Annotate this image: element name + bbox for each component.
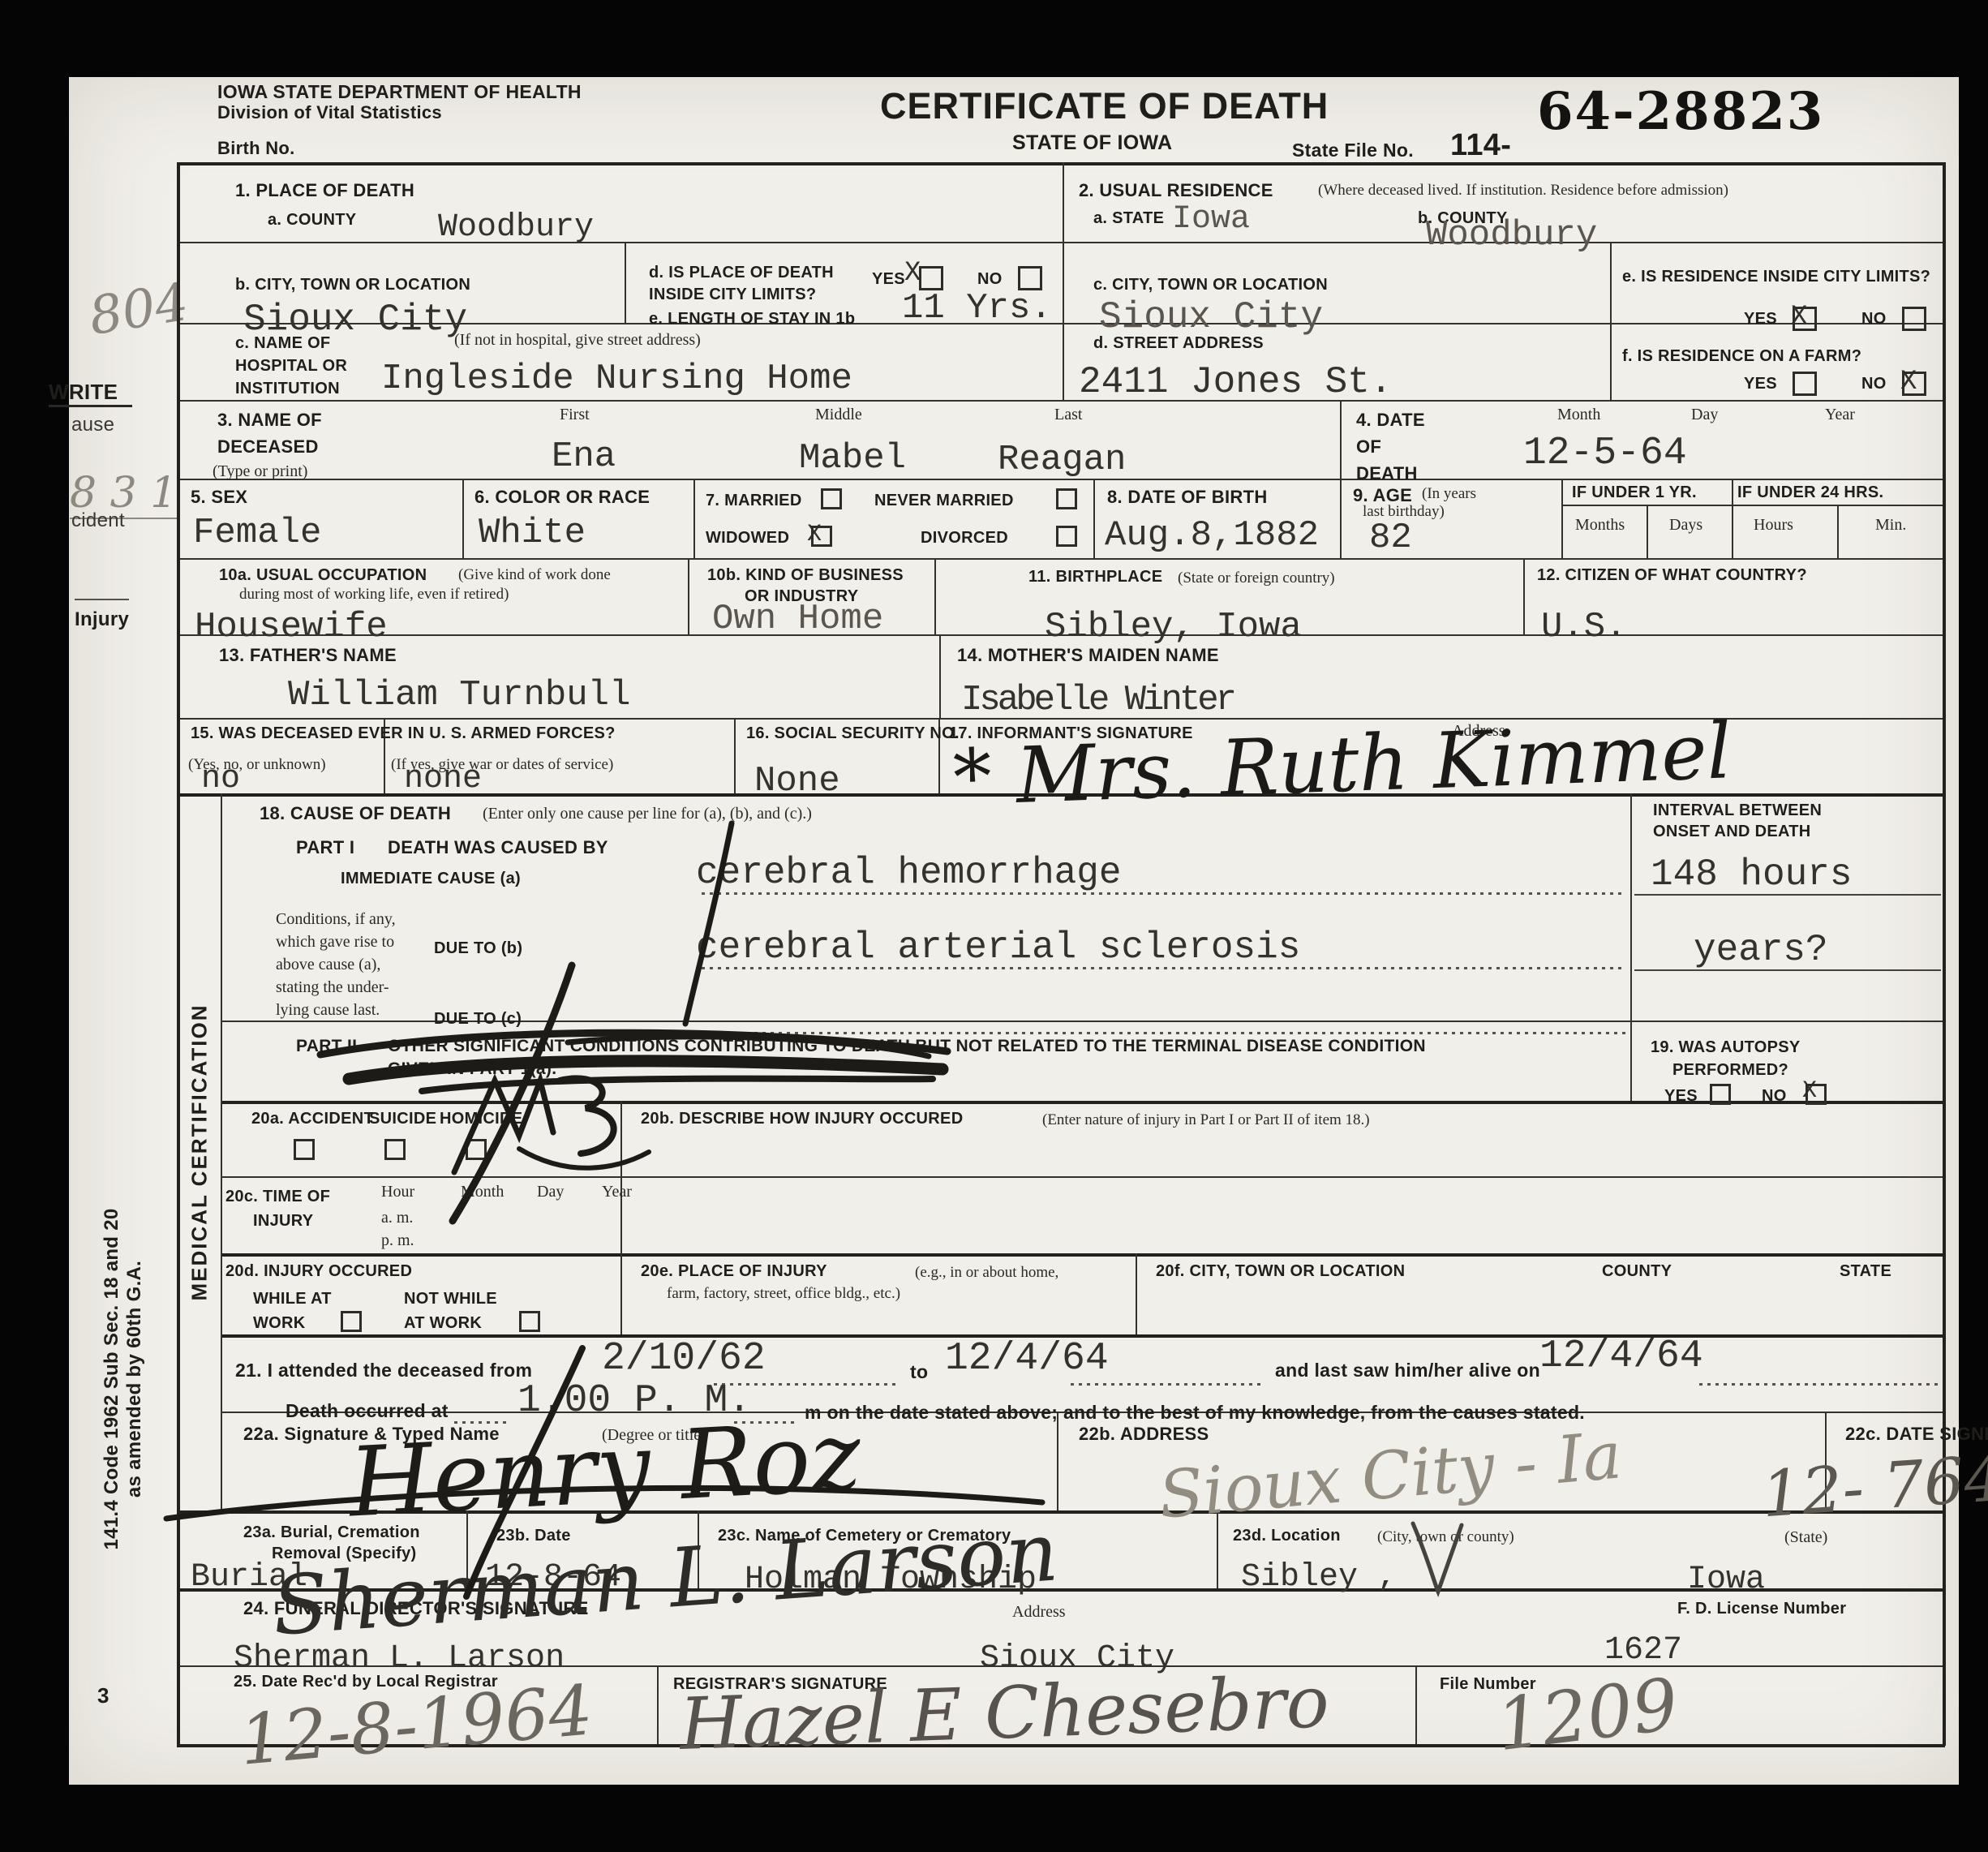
s20e-note-2: farm, factory, street, office bldg., etc…: [667, 1285, 900, 1303]
s2e-no-label: NO: [1861, 310, 1887, 329]
s10a-note-2: during most of working life, even if ret…: [239, 586, 509, 604]
s8-label: 8. DATE OF BIRTH: [1107, 487, 1268, 508]
s20b-label: 20b. DESCRIBE HOW INJURY OCCURED: [641, 1110, 963, 1128]
s18-interval-label-1: INTERVAL BETWEEN: [1653, 801, 1822, 820]
s2e-yes-checkbox: [1793, 307, 1817, 331]
death-certificate-scan: 804 WRITE ause 8 3 1 cident Injury 141.4…: [0, 0, 1988, 1852]
s2c-label: c. CITY, TOWN OR LOCATION: [1093, 276, 1328, 294]
s21-last-label: and last saw him/her alive on: [1275, 1360, 1540, 1381]
s12-value: U.S.: [1541, 607, 1627, 647]
s2f-yes-checkbox: [1793, 372, 1817, 396]
s1-title: 1. PLACE OF DEATH: [235, 180, 414, 201]
s3-title-1: 3. NAME OF: [217, 410, 322, 431]
s13-value: William Turnbull: [288, 675, 630, 715]
s10a-value: Housewife: [195, 607, 388, 647]
s2d-label: d. STREET ADDRESS: [1093, 334, 1264, 353]
s9-days-label: Days: [1669, 516, 1702, 535]
s18-part1-label: PART I: [296, 837, 354, 858]
s16-value: None: [754, 761, 840, 801]
medical-certification-label: MEDICAL CERTIFICATION: [187, 788, 213, 1518]
s18-interval-a-value: 148 hours: [1651, 853, 1852, 896]
s20a-label: 20a. ACCIDENT: [251, 1110, 374, 1128]
s3-last-value: Reagan: [998, 440, 1126, 480]
s20a-homicide-label: HOMICIDE: [440, 1110, 522, 1128]
s20d-while-checkbox: [341, 1311, 362, 1332]
s1c-label-1: c. NAME OF: [235, 334, 330, 353]
s20b-note: (Enter nature of injury in Part I or Par…: [1042, 1111, 1370, 1129]
s24-address-label: Address: [1012, 1603, 1066, 1622]
s1c-note: (If not in hospital, give street address…: [454, 331, 701, 350]
s20e-note-1: (e.g., in or about home,: [915, 1264, 1058, 1282]
s19-label-2: PERFORMED?: [1672, 1061, 1788, 1080]
s3-middle-value: Mabel: [799, 438, 906, 479]
margin-page-number: 3: [97, 1683, 109, 1708]
s16-label: 16. SOCIAL SECURITY NO.: [746, 724, 960, 743]
s20c-label-2: INJURY: [253, 1212, 313, 1231]
s1c-label-2: HOSPITAL OR: [235, 357, 347, 376]
file-number-stamp: 64-28823: [1537, 81, 1824, 142]
s20c-hour-label: Hour: [381, 1183, 414, 1201]
s20c-day-label: Day: [537, 1183, 564, 1201]
s18-cause-b-value: cerebral arterial sclerosis: [696, 926, 1300, 969]
s1b-label: b. CITY, TOWN OR LOCATION: [235, 276, 470, 294]
s18-interval-label-2: ONSET AND DEATH: [1653, 823, 1811, 841]
s18-part2-text-1: OTHER SIGNIFICANT CONDITIONS CONTRIBUTIN…: [388, 1037, 1426, 1056]
s20c-pm-label: p. m.: [381, 1231, 414, 1250]
s11-value: Sibley, Iowa: [1045, 607, 1302, 647]
margin-cause-fragment: ause: [71, 414, 114, 436]
state-file-no-label: State File No.: [1292, 140, 1414, 161]
s21-from-value: 2/10/62: [602, 1337, 766, 1381]
s1d-label-1: d. IS PLACE OF DEATH: [649, 264, 834, 282]
s19-no-checkbox: [1806, 1084, 1827, 1105]
s1d-label-2: INSIDE CITY LIMITS?: [649, 286, 816, 304]
s10a-label: 10a. USUAL OCCUPATION: [219, 566, 427, 585]
s20d-not-1: NOT WHILE: [404, 1290, 497, 1308]
s4-title-3: DEATH: [1356, 463, 1418, 484]
s2a-label: a. STATE: [1093, 209, 1164, 228]
s18-part2-label: PART II: [296, 1037, 357, 1056]
s15-value-1: no: [201, 761, 240, 797]
s9-value: 82: [1369, 518, 1412, 558]
s20c-label-1: 20c. TIME OF: [225, 1188, 330, 1206]
s18-due-b-label: DUE TO (b): [434, 939, 522, 958]
s6-value: White: [479, 513, 586, 553]
s18-cond-5: lying cause last.: [276, 1001, 380, 1020]
s1a-value: Woodbury: [438, 209, 594, 246]
dept-division: Division of Vital Statistics: [217, 102, 442, 123]
s20a-accident-checkbox: [294, 1139, 315, 1160]
s2c-value: Sioux City: [1099, 296, 1323, 338]
s20a-suicide-checkbox: [384, 1139, 406, 1160]
s9-hours-label: Hours: [1754, 516, 1793, 535]
s20c-am-label: a. m.: [381, 1209, 413, 1227]
s2b-value: Woodbury: [1426, 215, 1597, 256]
s2-note: (Where deceased lived. If institution. R…: [1318, 182, 1728, 200]
s21-to-value: 12/4/64: [945, 1337, 1109, 1381]
s21-text-1: 21. I attended the deceased from: [235, 1360, 532, 1381]
s2e-label: e. IS RESIDENCE INSIDE CITY LIMITS?: [1622, 268, 1930, 286]
s14-label: 14. MOTHER'S MAIDEN NAME: [957, 645, 1219, 666]
s18-cond-3: above cause (a),: [276, 956, 380, 974]
s20c-month-label: Month: [461, 1183, 504, 1201]
s5-value: Female: [193, 513, 321, 553]
s7-divorced-checkbox: [1056, 526, 1077, 547]
s18-immediate-label: IMMEDIATE CAUSE (a): [341, 870, 521, 888]
birth-no-label: Birth No.: [217, 138, 295, 159]
s1d-yes-label: YES: [872, 270, 905, 289]
s4-value: 12-5-64: [1523, 432, 1687, 475]
s20e-label: 20e. PLACE OF INJURY: [641, 1262, 827, 1281]
s2e-no-checkbox: [1902, 307, 1926, 331]
s7-never-checkbox: [1056, 488, 1077, 509]
s24-license-label: F. D. License Number: [1677, 1600, 1846, 1618]
margin-code-citation: 141.4 Code 1962 Sub Sec. 18 and 20 as am…: [101, 1103, 146, 1655]
s3-middle-label: Middle: [815, 406, 862, 424]
s2-title: 2. USUAL RESIDENCE: [1079, 180, 1273, 201]
margin-write-fragment: WRITE: [49, 380, 132, 407]
s1e-label: e. LENGTH OF STAY IN 1b: [649, 310, 855, 329]
s7-married-label: 7. MARRIED: [706, 492, 802, 510]
s20f-state-label: STATE: [1840, 1262, 1891, 1281]
s18-cond-2: which gave rise to: [276, 933, 394, 952]
s1c-label-3: INSTITUTION: [235, 380, 340, 398]
s9-note-1: (In years: [1422, 485, 1476, 503]
s2d-value: 2411 Jones St.: [1079, 361, 1392, 403]
s10a-note-1: (Give kind of work done: [458, 566, 611, 584]
s1a-label: a. COUNTY: [268, 211, 356, 230]
s7-divorced-label: DIVORCED: [921, 529, 1008, 548]
s15-value-2: none: [404, 761, 482, 797]
s9-under24-label: IF UNDER 24 HRS.: [1737, 483, 1883, 502]
s9-months-label: Months: [1575, 516, 1625, 535]
s6-label: 6. COLOR OR RACE: [474, 487, 650, 508]
s13-label: 13. FATHER'S NAME: [219, 645, 397, 666]
s11-label: 11. BIRTHPLACE: [1028, 568, 1162, 587]
s19-no-label: NO: [1762, 1087, 1787, 1106]
state-file-no-value: 114-: [1450, 128, 1511, 163]
s4-title-1: 4. DATE: [1356, 410, 1425, 431]
s15-label: 15. WAS DECEASED EVER IN U. S. ARMED FOR…: [191, 724, 616, 743]
s7-married-checkbox: [821, 488, 842, 509]
s5-label: 5. SEX: [191, 487, 247, 508]
s18-due-c-label: DUE TO (c): [434, 1010, 522, 1029]
s1d-yes-checkbox: [919, 266, 943, 290]
page-title: CERTIFICATE OF DEATH: [880, 85, 1329, 127]
s18-caused-label: DEATH WAS CAUSED BY: [388, 837, 608, 858]
s9-under1yr-label: IF UNDER 1 YR.: [1572, 483, 1697, 502]
s9-min-label: Min.: [1875, 516, 1906, 535]
s24-typed-name: Sherman L. Larson: [234, 1640, 565, 1677]
s21-last-value: 12/4/64: [1539, 1334, 1703, 1378]
s3-title-2: DECEASED: [217, 436, 319, 458]
s4-month-label: Month: [1557, 406, 1600, 424]
s20a-homicide-checkbox: [466, 1139, 487, 1160]
s19-label-1: 19. WAS AUTOPSY: [1651, 1038, 1801, 1057]
s2e-yes-label: YES: [1744, 310, 1777, 329]
s20a-suicide-label: SUICIDE: [369, 1110, 436, 1128]
s20f-label: 20f. CITY, TOWN OR LOCATION: [1156, 1262, 1405, 1281]
s2f-yes-label: YES: [1744, 375, 1777, 393]
s18-cause-a-value: cerebral hemorrhage: [696, 852, 1122, 894]
s20d-while-1: WHILE AT: [253, 1290, 332, 1308]
s18-note: (Enter only one cause per line for (a), …: [483, 805, 812, 823]
s10b-label-1: 10b. KIND OF BUSINESS: [707, 566, 904, 585]
s2f-label: f. IS RESIDENCE ON A FARM?: [1622, 347, 1861, 366]
s3-note: (Type or print): [213, 462, 307, 481]
s3-first-label: First: [560, 406, 590, 424]
s20f-county-label: COUNTY: [1602, 1262, 1672, 1281]
margin-accident-fragment: cident: [71, 509, 125, 532]
s20d-while-2: WORK: [253, 1314, 306, 1333]
s7-widowed-label: WIDOWED: [706, 529, 789, 548]
s23d-note: (City, town or county): [1377, 1528, 1514, 1546]
s23d-value: Sibley ,: [1241, 1559, 1397, 1596]
s22c-label: 22c. DATE SIGNED: [1845, 1424, 1988, 1445]
s23d-label: 23d. Location: [1233, 1527, 1341, 1545]
s23a-label-1: 23a. Burial, Cremation: [243, 1523, 420, 1542]
s18-cond-1: Conditions, if any,: [276, 910, 396, 929]
s4-day-label: Day: [1691, 406, 1718, 424]
s1e-value: 11 Yrs.: [902, 288, 1052, 329]
s21-death-label: Death occurred at: [286, 1400, 449, 1422]
s23-state-label: (State): [1784, 1528, 1827, 1547]
s7-never-label: NEVER MARRIED: [874, 492, 1014, 510]
s23-state-value: Iowa: [1687, 1562, 1765, 1598]
s1d-no-checkbox: [1018, 266, 1042, 290]
s1c-value: Ingleside Nursing Home: [381, 359, 852, 399]
s2f-no-label: NO: [1861, 375, 1887, 393]
s21-to-label: to: [910, 1361, 928, 1383]
s18-label: 18. CAUSE OF DEATH: [260, 803, 451, 824]
s18-cond-4: stating the under-: [276, 978, 389, 997]
s20d-not-checkbox: [519, 1311, 540, 1332]
s18-part2-text-2: GIVEN IN PART 1(a).: [388, 1059, 556, 1079]
s21-death-text: m on the date stated above; and to the b…: [805, 1402, 1585, 1424]
s1d-no-label: NO: [977, 270, 1003, 289]
s19-yes-checkbox: [1710, 1084, 1731, 1105]
s2a-value: Iowa: [1172, 201, 1250, 238]
s18-interval-b-value: years?: [1694, 929, 1828, 971]
s22b-label: 22b. ADDRESS: [1079, 1424, 1209, 1445]
s12-label: 12. CITIZEN OF WHAT COUNTRY?: [1537, 566, 1807, 585]
page-subtitle: STATE OF IOWA: [1012, 131, 1172, 155]
s20d-not-2: AT WORK: [404, 1314, 482, 1333]
dept-name: IOWA STATE DEPARTMENT OF HEALTH: [217, 81, 582, 103]
s2f-no-checkbox: [1902, 372, 1926, 396]
s3-last-label: Last: [1054, 406, 1082, 424]
s20d-label: 20d. INJURY OCCURED: [225, 1262, 412, 1281]
s20c-year-label: Year: [602, 1183, 632, 1201]
s8-value: Aug.8,1882: [1105, 515, 1319, 556]
s10b-value: Own Home: [712, 599, 883, 639]
s7-widowed-checkbox: [811, 526, 832, 547]
s4-year-label: Year: [1825, 406, 1855, 424]
s4-title-2: OF: [1356, 436, 1381, 458]
s3-first-value: Ena: [552, 436, 616, 477]
s19-yes-label: YES: [1664, 1087, 1698, 1106]
margin-injury-fragment: Injury: [75, 599, 129, 631]
s11-note: (State or foreign country): [1178, 569, 1335, 587]
s14-value: Isabelle Winter: [961, 680, 1234, 720]
